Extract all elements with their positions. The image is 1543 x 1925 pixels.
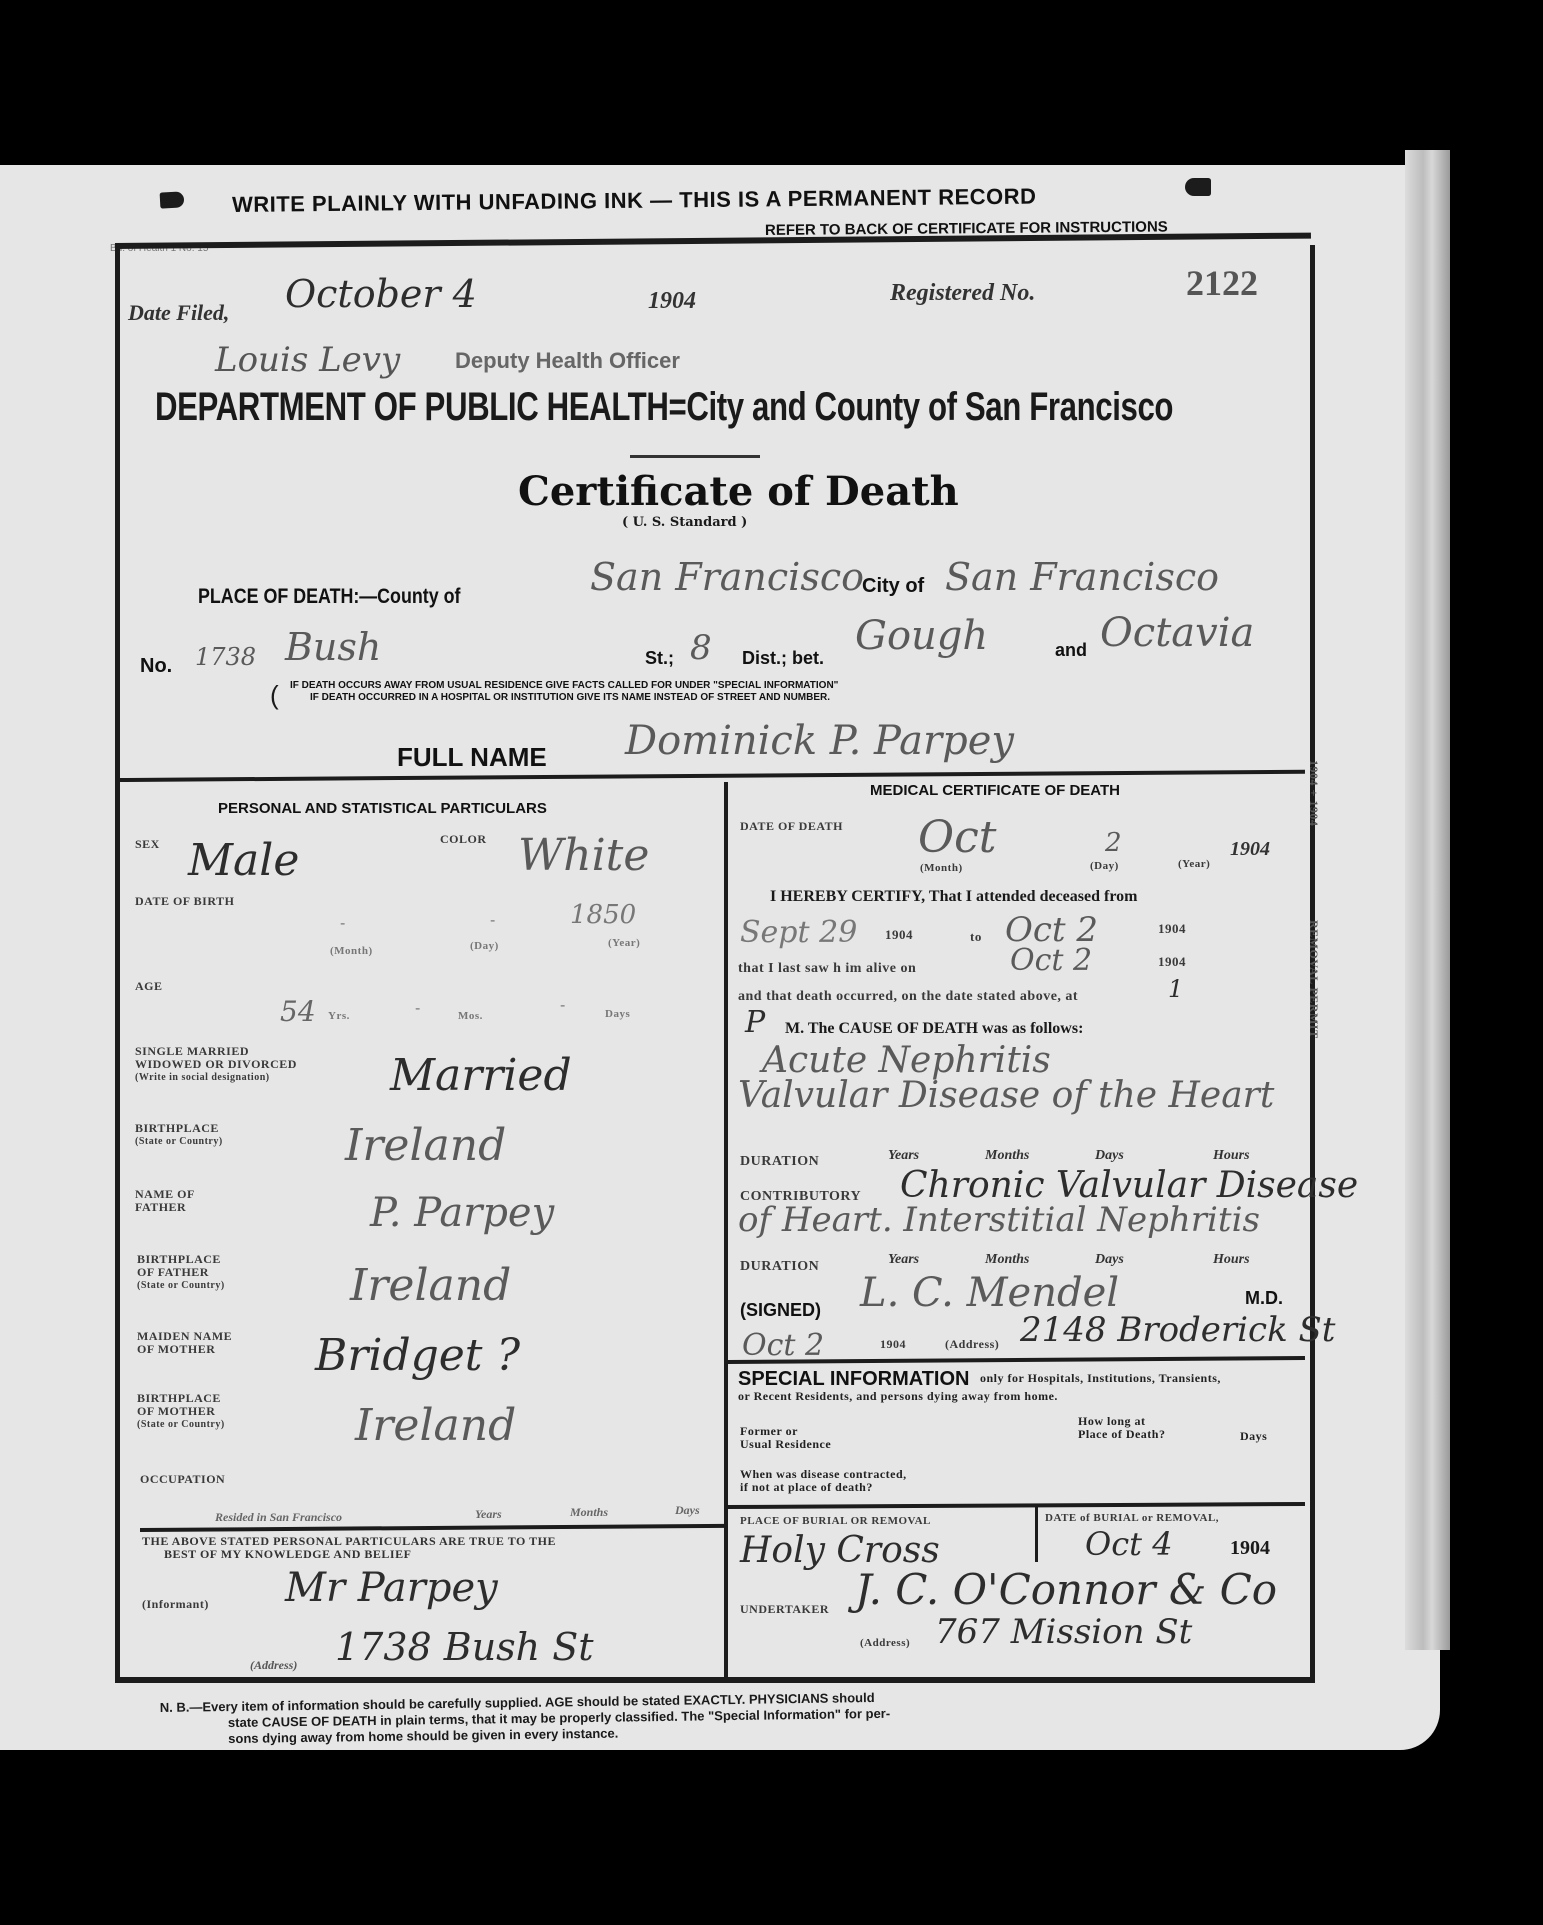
father-bp-line2: OF FATHER xyxy=(137,1266,225,1279)
mother-name-label: MAIDEN NAME OF MOTHER xyxy=(137,1330,232,1356)
last-saw-statement: that I last saw h im alive on xyxy=(738,962,916,975)
city-value: San Francisco xyxy=(945,555,1219,599)
place-of-death-label: PLACE OF DEATH:—County of xyxy=(198,585,460,609)
city-label: City of xyxy=(862,575,924,598)
signed-date: Oct 2 xyxy=(742,1328,824,1363)
age-days: - xyxy=(560,997,565,1015)
sex-value: Male xyxy=(188,835,299,886)
informant-label: (Informant) xyxy=(142,1598,209,1611)
birthplace-value: Ireland xyxy=(345,1120,506,1171)
certify-statement: I HEREBY CERTIFY, That I attended deceas… xyxy=(770,888,1137,906)
margin-stamp-year: 1904 + 1904 xyxy=(1307,760,1320,826)
physician-address: 2148 Broderick St xyxy=(1020,1310,1335,1350)
age-label: AGE xyxy=(135,980,163,993)
street-no-label: No. xyxy=(140,655,172,678)
undertaker-address: 767 Mission St xyxy=(935,1612,1192,1652)
sex-label: SEX xyxy=(135,838,160,851)
between-street-2: Octavia xyxy=(1100,610,1254,656)
birthplace-label-line1: BIRTHPLACE xyxy=(135,1122,223,1135)
marital-label: SINGLE MARRIED WIDOWED OR DIVORCED (Writ… xyxy=(135,1045,297,1084)
informant-address-label: (Address) xyxy=(250,1658,297,1673)
residence-note: IF DEATH OCCURS AWAY FROM USUAL RESIDENC… xyxy=(290,680,838,704)
contracted-line2: if not at place of death? xyxy=(740,1481,907,1494)
personal-section-title: PERSONAL AND STATISTICAL PARTICULARS xyxy=(218,800,547,817)
footnote: N. B.—Every item of information should b… xyxy=(160,1690,891,1748)
duration-days-2: Days xyxy=(1095,1252,1124,1268)
certificate-subtitle: ( U. S. Standard ) xyxy=(622,515,747,530)
duration-hours-2: Hours xyxy=(1213,1252,1250,1268)
pointing-hand-icon-right xyxy=(1185,178,1211,196)
death-year: 1904 xyxy=(1230,838,1270,861)
date-filed-label: Date Filed, xyxy=(128,300,229,326)
date-of-death-label: DATE OF DEATH xyxy=(740,820,843,833)
officer-signature: Louis Levy xyxy=(215,340,400,380)
mother-name-value: Bridget ? xyxy=(315,1330,520,1381)
color-label: COLOR xyxy=(440,833,487,846)
book-page-edges xyxy=(1405,150,1450,1650)
burial-date: Oct 4 xyxy=(1085,1525,1173,1563)
department-heading: DEPARTMENT OF PUBLIC HEALTH=City and Cou… xyxy=(155,385,1173,430)
registered-label: Registered No. xyxy=(890,280,1035,307)
resided-label: Resided in San Francisco xyxy=(215,1510,342,1525)
special-info-title: SPECIAL INFORMATION xyxy=(738,1368,969,1391)
death-day-caption: (Day) xyxy=(1090,860,1119,873)
age-months-caption: Mos. xyxy=(458,1010,483,1023)
cause-line-2: Valvular Disease of the Heart xyxy=(738,1075,1274,1116)
duration-years-2: Years xyxy=(888,1252,919,1268)
street-number: 1738 xyxy=(195,643,256,671)
contracted-label: When was disease contracted, if not at p… xyxy=(740,1468,907,1494)
burial-place-label: PLACE OF BURIAL OR REMOVAL xyxy=(740,1515,931,1528)
registered-number: 2122 xyxy=(1186,262,1258,304)
marital-label-line3: (Write in social designation) xyxy=(135,1071,297,1084)
age-years-caption: Yrs. xyxy=(328,1010,350,1023)
burial-divider xyxy=(1035,1507,1038,1562)
district-label: Dist.; bet. xyxy=(742,648,824,669)
how-long-label: How long at Place of Death? xyxy=(1078,1415,1165,1441)
how-long-line2: Place of Death? xyxy=(1078,1428,1165,1441)
death-year-caption: (Year) xyxy=(1178,858,1210,871)
physician-address-label: (Address) xyxy=(945,1338,999,1351)
date-filed-year: 1904 xyxy=(648,288,696,315)
informant-statement: THE ABOVE STATED PERSONAL PARTICULARS AR… xyxy=(142,1535,556,1561)
st-label: St.; xyxy=(645,648,674,669)
last-saw-year: 1904 xyxy=(1158,955,1186,968)
margin-stamp-permit: REMOVAL PERMIT xyxy=(1307,920,1320,1038)
occurred-statement: and that death occurred, on the date sta… xyxy=(738,990,1078,1003)
street-name: Bush xyxy=(285,625,381,669)
dob-day-caption: (Day) xyxy=(470,940,499,953)
death-time: 1 xyxy=(1168,975,1183,1003)
undertaker-label: UNDERTAKER xyxy=(740,1603,829,1616)
county-value: San Francisco xyxy=(590,555,864,599)
father-label-line2: FATHER xyxy=(135,1201,195,1214)
father-bp-line3: (State or Country) xyxy=(137,1279,225,1292)
medical-section-title: MEDICAL CERTIFICATE OF DEATH xyxy=(870,782,1120,799)
mother-birthplace-value: Ireland xyxy=(355,1400,516,1451)
duration-years-1: Years xyxy=(888,1148,919,1164)
age-years: 54 xyxy=(280,995,316,1028)
officer-title: Deputy Health Officer xyxy=(455,348,680,374)
undertaker-address-label: (Address) xyxy=(860,1637,910,1650)
color-value: White xyxy=(518,830,649,881)
former-residence-line2: Usual Residence xyxy=(740,1438,831,1451)
how-long-days-label: Days xyxy=(1240,1430,1267,1443)
occupation-label: OCCUPATION xyxy=(140,1473,225,1486)
column-divider xyxy=(724,782,728,1677)
mother-bp-line2: OF MOTHER xyxy=(137,1405,225,1418)
marital-label-line2: WIDOWED OR DIVORCED xyxy=(135,1058,297,1071)
marital-value: Married xyxy=(390,1050,572,1101)
father-name-label: NAME OF FATHER xyxy=(135,1188,195,1214)
burial-year: 1904 xyxy=(1230,1537,1270,1560)
mother-label-line2: OF MOTHER xyxy=(137,1343,232,1356)
former-residence-label: Former or Usual Residence xyxy=(740,1425,831,1451)
certificate-frame xyxy=(115,245,1315,1683)
duration-days-1: Days xyxy=(1095,1148,1124,1164)
last-saw-date: Oct 2 xyxy=(1010,943,1092,978)
md-label: M.D. xyxy=(1245,1288,1283,1309)
birthplace-label-line2: (State or Country) xyxy=(135,1135,223,1148)
father-birthplace-value: Ireland xyxy=(350,1260,511,1311)
special-info-suffix: only for Hospitals, Institutions, Transi… xyxy=(980,1372,1221,1385)
full-name-value: Dominick P. Parpey xyxy=(625,718,1014,764)
full-name-label: FULL NAME xyxy=(397,742,547,773)
death-time-ampm: P xyxy=(745,1005,765,1040)
special-info-subtitle: or Recent Residents, and persons dying a… xyxy=(738,1390,1058,1403)
pointing-hand-icon xyxy=(160,191,185,208)
signed-label: (SIGNED) xyxy=(740,1300,821,1321)
death-day: 2 xyxy=(1105,828,1122,858)
date-filed-value: October 4 xyxy=(285,272,477,316)
informant-name: Mr Parpey xyxy=(285,1565,498,1611)
dob-day: - xyxy=(490,912,495,930)
age-days-caption: Days xyxy=(605,1008,630,1021)
duration-months-2: Months xyxy=(985,1252,1029,1268)
title-divider xyxy=(630,455,760,458)
informant-statement-line2: BEST OF MY KNOWLEDGE AND BELIEF xyxy=(142,1548,556,1561)
resided-months-caption: Months xyxy=(570,1505,608,1520)
dob-year-caption: (Year) xyxy=(608,937,640,950)
resided-years-caption: Years xyxy=(475,1507,502,1522)
informant-address: 1738 Bush St xyxy=(335,1625,594,1669)
burial-date-label: DATE of BURIAL or REMOVAL, xyxy=(1045,1512,1219,1525)
certificate-title: Certificate of Death xyxy=(518,468,959,515)
mother-birthplace-label: BIRTHPLACE OF MOTHER (State or Country) xyxy=(137,1392,225,1431)
attended-to-year: 1904 xyxy=(1158,922,1186,935)
resided-days-caption: Days xyxy=(675,1503,700,1518)
father-name-value: P. Parpey xyxy=(370,1190,554,1236)
contributory-line-2: of Heart. Interstitial Nephritis xyxy=(738,1200,1260,1240)
birthplace-label: BIRTHPLACE (State or Country) xyxy=(135,1122,223,1148)
attended-from: Sept 29 xyxy=(740,915,857,950)
dob-year: 1850 xyxy=(570,900,636,930)
note-paren-open: ( xyxy=(270,680,279,711)
father-birthplace-label: BIRTHPLACE OF FATHER (State or Country) xyxy=(137,1253,225,1292)
duration-label-2: DURATION xyxy=(740,1260,819,1273)
dob-month-caption: (Month) xyxy=(330,945,373,958)
undertaker-name: J. C. O'Connor & Co xyxy=(855,1565,1277,1614)
signed-year: 1904 xyxy=(880,1338,906,1351)
between-street-1: Gough xyxy=(855,613,988,659)
residence-note-line2: IF DEATH OCCURRED IN A HOSPITAL OR INSTI… xyxy=(290,692,838,704)
cause-statement: M. The CAUSE OF DEATH was as follows: xyxy=(785,1020,1083,1038)
to-label: to xyxy=(970,930,982,943)
age-months: - xyxy=(415,1000,420,1018)
duration-hours-1: Hours xyxy=(1213,1148,1250,1164)
residence-note-line1: IF DEATH OCCURS AWAY FROM USUAL RESIDENC… xyxy=(290,680,838,692)
duration-label-1: DURATION xyxy=(740,1155,819,1168)
dob-month: - xyxy=(340,915,345,933)
mother-bp-line3: (State or Country) xyxy=(137,1418,225,1431)
death-month: Oct xyxy=(918,812,996,863)
death-month-caption: (Month) xyxy=(920,862,963,875)
attended-from-year: 1904 xyxy=(885,928,913,941)
and-label: and xyxy=(1055,640,1087,661)
duration-months-1: Months xyxy=(985,1148,1029,1164)
district-value: 8 xyxy=(690,628,712,668)
dob-label: DATE OF BIRTH xyxy=(135,895,234,908)
